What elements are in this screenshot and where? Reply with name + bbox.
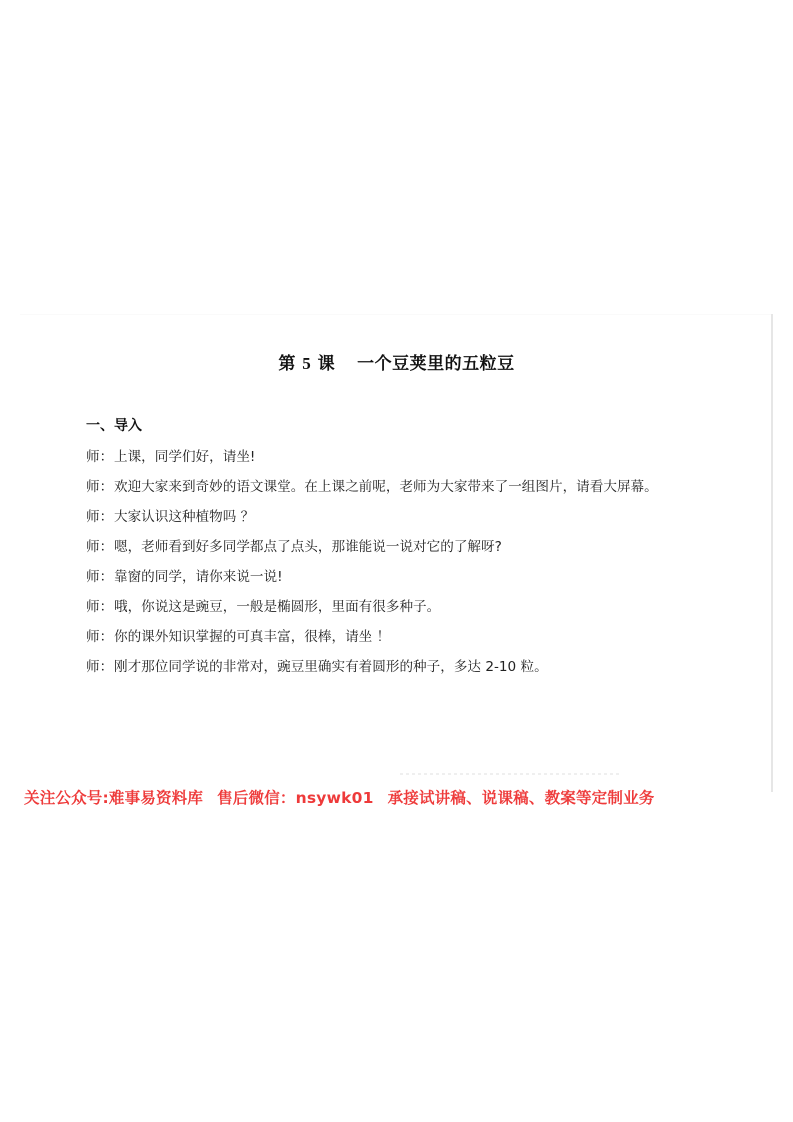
speaker-label: 师： [86, 627, 114, 647]
promo-banner: 关注公众号:难事易资料库售后微信：nsywk01承接试讲稿、说课稿、教案等定制业… [24, 786, 774, 808]
dialogue-line: 师：大家认识这种植物吗 ？ [86, 507, 658, 537]
speaker-label: 师： [86, 447, 114, 467]
line-text: 大家认识这种植物吗 ？ [114, 509, 254, 525]
section-heading: 一、导入 [86, 415, 142, 435]
speaker-label: 师： [86, 597, 114, 617]
line-text: 欢迎大家来到奇妙的语文课堂。在上课之前呢，老师为大家带来了一组图片，请看大屏幕。 [114, 479, 658, 495]
dialogue-line: 师：上课，同学们好，请坐! [86, 447, 658, 477]
dialogue-line: 师：哦，你说这是豌豆，一般是椭圆形，里面有很多种子。 [86, 597, 658, 627]
title-prefix: 第 [278, 354, 296, 374]
page-edge-divider [771, 314, 773, 792]
lesson-title: 第 5 课一个豆荚里的五粒豆 [0, 349, 793, 374]
line-text: 你的课外知识掌握的可真丰富，很棒，请坐 ！ [114, 629, 390, 645]
title-text: 一个豆荚里的五粒豆 [357, 354, 515, 374]
line-text: 上课，同学们好，请坐! [114, 449, 255, 465]
dialogue-list: 师：上课，同学们好，请坐! 师：欢迎大家来到奇妙的语文课堂。在上课之前呢，老师为… [86, 447, 658, 687]
dialogue-line: 师：靠窗的同学，请你来说一说! [86, 567, 658, 597]
speaker-label: 师： [86, 507, 114, 527]
scan-artifact [400, 773, 620, 775]
banner-wechat: 售后微信：nsywk01 [217, 789, 373, 807]
dialogue-line: 师：刚才那位同学说的非常对，豌豆里确实有着圆形的种子，多达 2-10 粒。 [86, 657, 658, 687]
dialogue-line: 师：嗯，老师看到好多同学都点了点头，那谁能说一说对它的了解呀? [86, 537, 658, 567]
line-text: 靠窗的同学，请你来说一说! [114, 569, 283, 585]
speaker-label: 师： [86, 657, 114, 677]
line-text: 刚才那位同学说的非常对，豌豆里确实有着圆形的种子，多达 2-10 粒。 [114, 659, 548, 675]
speaker-label: 师： [86, 567, 114, 587]
banner-account: 关注公众号:难事易资料库 [24, 789, 203, 807]
dialogue-line: 师：欢迎大家来到奇妙的语文课堂。在上课之前呢，老师为大家带来了一组图片，请看大屏… [86, 477, 658, 507]
line-text: 哦，你说这是豌豆，一般是椭圆形，里面有很多种子。 [114, 599, 440, 615]
line-text: 嗯，老师看到好多同学都点了点头，那谁能说一说对它的了解呀? [114, 539, 502, 555]
dialogue-line: 师：你的课外知识掌握的可真丰富，很棒，请坐 ！ [86, 627, 658, 657]
speaker-label: 师： [86, 477, 114, 497]
banner-services: 承接试讲稿、说课稿、教案等定制业务 [388, 789, 655, 807]
lesson-number: 5 [302, 354, 311, 373]
title-suffix: 课 [318, 354, 336, 374]
speaker-label: 师： [86, 537, 114, 557]
